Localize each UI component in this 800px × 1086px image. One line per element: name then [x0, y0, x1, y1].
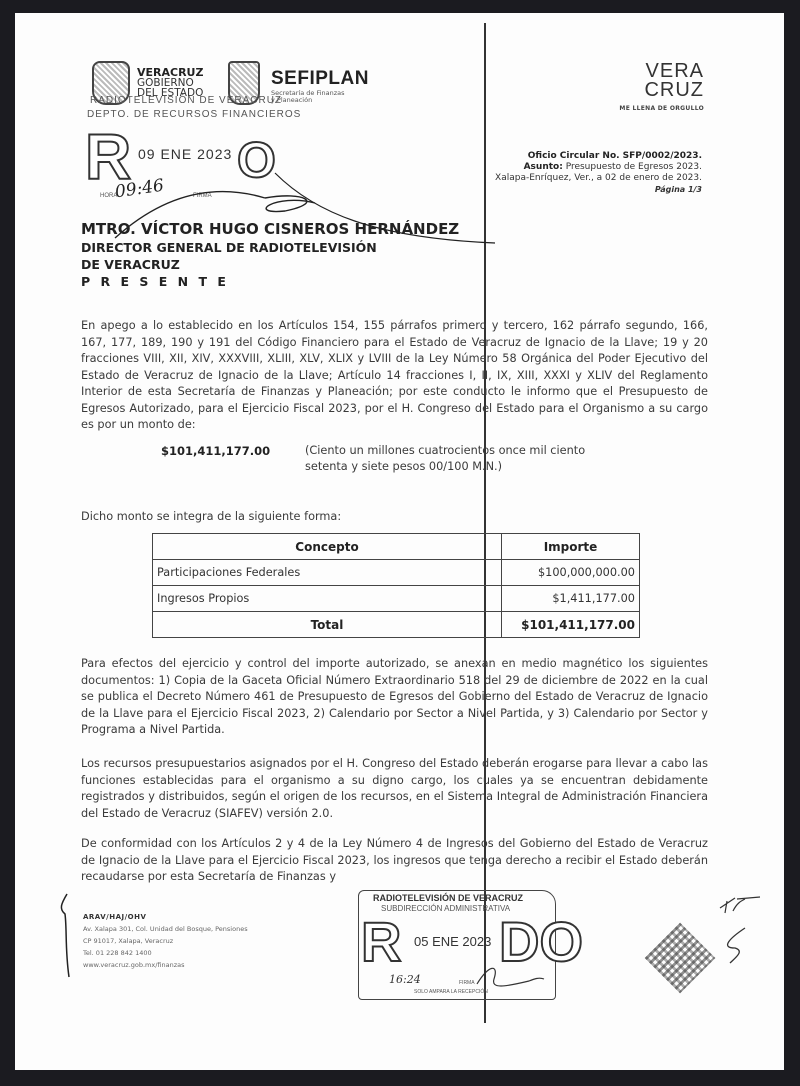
footer-phone: Tel. 01 228 842 1400 [83, 947, 248, 959]
gobierno-logo-text: VERACRUZ GOBIERNO DEL ESTADO [137, 68, 203, 98]
paragraph-resources: Los recursos presupuestarios asignados p… [81, 756, 708, 822]
footer-block: ARAV/HAJ/OHV Av. Xalapa 301, Col. Unidad… [83, 911, 248, 971]
reception-stamp-bottom: RADIOTELEVISIÓN DE VERACRUZ SUBDIRECCIÓN… [358, 890, 556, 1000]
amount-words: (Ciento un millones cuatrocientos once m… [305, 443, 605, 475]
sefiplan-title: SEFIPLAN [271, 68, 369, 90]
signature-initials-right [715, 893, 765, 973]
footer-address-2: CP 91017, Xalapa, Veracruz [83, 935, 248, 947]
reference-block: Oficio Circular No. SFP/0002/2023. Asunt… [495, 151, 702, 196]
table-row: Ingresos Propios $1,411,177.00 [153, 586, 640, 612]
amount-value: $101,411,177.00 [161, 444, 270, 458]
footer-initials: ARAV/HAJ/OHV [83, 911, 248, 923]
stamp-bottom-hora: 16:24 [389, 973, 421, 986]
stamp-bottom-left-letter: R [361, 913, 401, 971]
veracruz-brand-logo: VERA CRUZ ME LLENA DE ORGULLO [619, 62, 704, 112]
paragraph-legal-basis: En apego a lo establecido en los Artícul… [81, 318, 708, 434]
stamp-bottom-date: 05 ENE 2023 [414, 934, 491, 949]
row-importe: $1,411,177.00 [502, 586, 640, 612]
row-concepto: Participaciones Federales [153, 560, 502, 586]
asunto-value: Presupuesto de Egresos 2023. [563, 162, 702, 172]
stamp-top-line1: RADIOTELEVISIÓN DE VERACRUZ [90, 95, 282, 106]
stamp-bottom-line1: RADIOTELEVISIÓN DE VERACRUZ [373, 893, 523, 903]
table-header-row: Concepto Importe [153, 534, 640, 560]
addressee-title-2: DE VERACRUZ [81, 256, 459, 273]
security-code-icon [645, 923, 716, 994]
brand-line2: CRUZ [619, 81, 704, 100]
header-concepto: Concepto [153, 534, 502, 560]
footer-address-1: Av. Xalapa 301, Col. Unidad del Bosque, … [83, 923, 248, 935]
table-row: Participaciones Federales $100,000,000.0… [153, 560, 640, 586]
place-date: Xalapa-Enríquez, Ver., a 02 de enero de … [495, 173, 702, 184]
salutation: P R E S E N T E [81, 273, 459, 290]
table-total-row: Total $101,411,177.00 [153, 612, 640, 638]
paragraph-annexes: Para efectos del ejercicio y control del… [81, 656, 708, 739]
footer-website: www.veracruz.gob.mx/finanzas [83, 959, 248, 971]
sefiplan-subtitle-2: y Planeación [271, 97, 369, 104]
header-importe: Importe [502, 534, 640, 560]
addressee-title-1: DIRECTOR GENERAL DE RADIOTELEVISIÓN [81, 239, 459, 256]
document-page: VERACRUZ GOBIERNO DEL ESTADO SEFIPLAN Se… [15, 13, 784, 1070]
paragraph-income: De conformidad con los Artículos 2 y 4 d… [81, 836, 708, 886]
budget-table: Concepto Importe Participaciones Federal… [152, 533, 640, 638]
signature-bottom [469, 959, 549, 994]
total-value: $101,411,177.00 [502, 612, 640, 638]
total-label: Total [153, 612, 502, 638]
page-indicator: Página 1/3 [655, 185, 702, 194]
asunto-label: Asunto: [524, 162, 563, 172]
row-concepto: Ingresos Propios [153, 586, 502, 612]
row-importe: $100,000,000.00 [502, 560, 640, 586]
amount-block: $101,411,177.00 (Ciento un millones cuat… [161, 443, 270, 460]
sefiplan-logo: SEFIPLAN Secretaría de Finanzas y Planea… [271, 68, 369, 104]
addressee-name: MTRO. VÍCTOR HUGO CISNEROS HERNÁNDEZ [81, 220, 459, 239]
oficio-number: Oficio Circular No. SFP/0002/2023. [495, 151, 702, 162]
table-intro: Dicho monto se integra de la siguiente f… [81, 509, 708, 526]
margin-pen-stroke [55, 889, 75, 979]
brand-tagline: ME LLENA DE ORGULLO [619, 105, 704, 112]
addressee-block: MTRO. VÍCTOR HUGO CISNEROS HERNÁNDEZ DIR… [81, 220, 459, 290]
stamp-top-line2: DEPTO. DE RECURSOS FINANCIEROS [87, 109, 301, 120]
